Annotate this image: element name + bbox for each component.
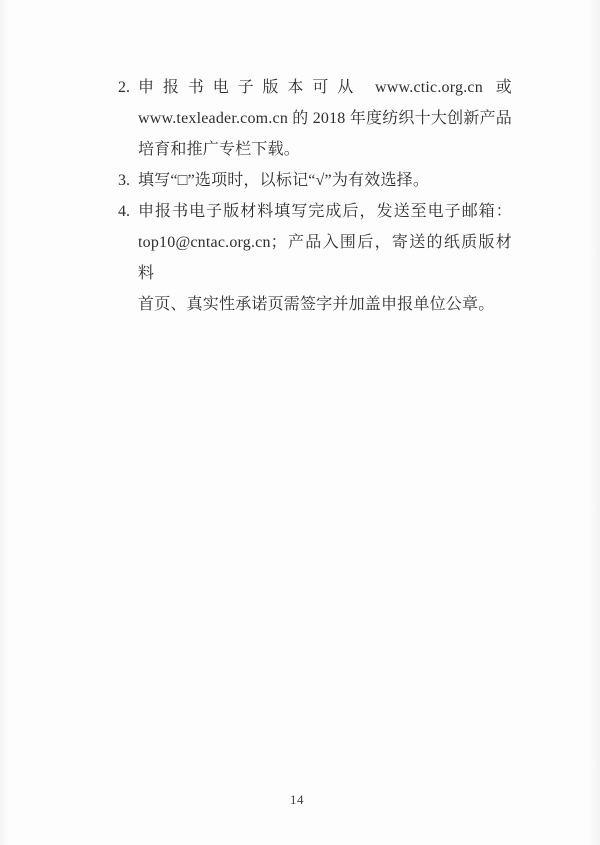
list-item-number: 4. (118, 196, 138, 227)
text-line: 申报书电子版本可从 www.ctic.org.cn 或 (138, 72, 512, 103)
text-line: 申报书电子版材料填写完成后，发送至电子邮箱： (138, 196, 512, 227)
text-line: 培育和推广专栏下载。 (138, 134, 512, 165)
list-item-3: 3. 填写“□”选项时，以标记“√”为有效选择。 (118, 165, 512, 196)
text-line: 首页、真实性承诺页需签字并加盖申报单位公章。 (138, 289, 512, 320)
list-item-text: 申报书电子版本可从 www.ctic.org.cn 或 www.texleade… (138, 72, 512, 165)
text-line: 填写“□”选项时，以标记“√”为有效选择。 (138, 165, 512, 196)
list-item-number: 3. (118, 165, 138, 196)
list-item-2: 2. 申报书电子版本可从 www.ctic.org.cn 或 www.texle… (118, 72, 512, 165)
text-line: www.texleader.com.cn 的 2018 年度纺织十大创新产品 (138, 103, 512, 134)
text-line: top10@cntac.org.cn；产品入围后，寄送的纸质版材料 (138, 227, 512, 289)
notes-list: 2. 申报书电子版本可从 www.ctic.org.cn 或 www.texle… (118, 72, 512, 320)
list-item-text: 填写“□”选项时，以标记“√”为有效选择。 (138, 165, 512, 196)
page-number: 14 (0, 792, 594, 808)
list-item-4: 4. 申报书电子版材料填写完成后，发送至电子邮箱： top10@cntac.or… (118, 196, 512, 320)
list-item-text: 申报书电子版材料填写完成后，发送至电子邮箱： top10@cntac.org.c… (138, 196, 512, 320)
list-item-number: 2. (118, 72, 138, 103)
